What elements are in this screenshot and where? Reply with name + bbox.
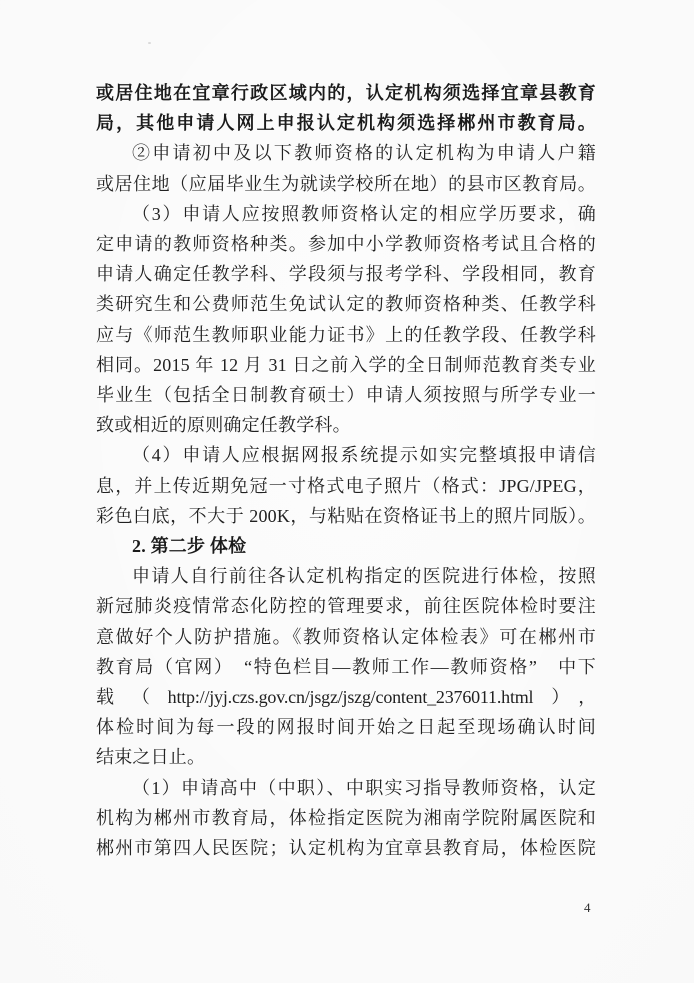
text-line: 新冠肺炎疫情常态化防控的管理要求，前往医院体检时要注 bbox=[96, 591, 596, 621]
text-line: 应与《师范生教师职业能力证书》上的任教学段、任教学科 bbox=[96, 320, 596, 350]
text-line: 申请人确定任教学科、学段须与报考学科、学段相同，教育 bbox=[96, 259, 596, 289]
text-line: 教育局（官网） “特色栏目—教师工作—教师资格” 中下 bbox=[96, 652, 596, 682]
text-line: 相同。2015 年 12 月 31 日之前入学的全日制师范教育类专业 bbox=[96, 350, 596, 380]
text-line: 载（http://jyj.czs.gov.cn/jsgz/jszg/conten… bbox=[96, 682, 596, 712]
text-line: 彩色白底，不大于 200K，与粘贴在资格证书上的照片同版）。 bbox=[96, 501, 596, 531]
text-line: 局，其他申请人网上申报认定机构须选择郴州市教育局。 bbox=[96, 108, 596, 138]
text-line: 郴州市第四人民医院；认定机构为宜章县教育局，体检医院 bbox=[96, 833, 596, 863]
scanned-document-page: 或居住地在宜章行政区域内的，认定机构须选择宜章县教育局，其他申请人网上申报认定机… bbox=[0, 0, 694, 983]
text-line: 意做好个人防护措施。《教师资格认定体检表》可在郴州市 bbox=[96, 622, 596, 652]
text-line: 致或相近的原则确定任教学科。 bbox=[96, 410, 596, 440]
text-line: 类研究生和公费师范生免试认定的教师资格种类、任教学科 bbox=[96, 289, 596, 319]
document-body: 或居住地在宜章行政区域内的，认定机构须选择宜章县教育局，其他申请人网上申报认定机… bbox=[96, 78, 596, 863]
text-line: 或居住地（应届毕业生为就读学校所在地）的县市区教育局。 bbox=[96, 169, 596, 199]
text-line: 息，并上传近期免冠一寸格式电子照片（格式：JPG/JPEG， bbox=[96, 471, 596, 501]
text-line: 机构为郴州市教育局，体检指定医院为湘南学院附属医院和 bbox=[96, 803, 596, 833]
text-line: （3）申请人应按照教师资格认定的相应学历要求，确 bbox=[96, 199, 596, 229]
text-line: 毕业生（包括全日制教育硕士）申请人须按照与所学专业一 bbox=[96, 380, 596, 410]
text-line: 定申请的教师资格种类。参加中小学教师资格考试且合格的 bbox=[96, 229, 596, 259]
page-number: 4 bbox=[584, 900, 591, 916]
text-line: 结束之日止。 bbox=[96, 742, 596, 772]
text-line: （1）申请高中（中职）、中职实习指导教师资格，认定 bbox=[96, 773, 596, 803]
text-line: 或居住地在宜章行政区域内的，认定机构须选择宜章县教育 bbox=[96, 78, 596, 108]
text-line: 2. 第二步 体检 bbox=[96, 531, 596, 561]
text-line: ②申请初中及以下教师资格的认定机构为申请人户籍 bbox=[96, 138, 596, 168]
text-line: 体检时间为每一段的网报时间开始之日起至现场确认时间 bbox=[96, 712, 596, 742]
scan-speckle bbox=[148, 42, 151, 44]
text-line: （4）申请人应根据网报系统提示如实完整填报申请信 bbox=[96, 440, 596, 470]
text-line: 申请人自行前往各认定机构指定的医院进行体检，按照 bbox=[96, 561, 596, 591]
